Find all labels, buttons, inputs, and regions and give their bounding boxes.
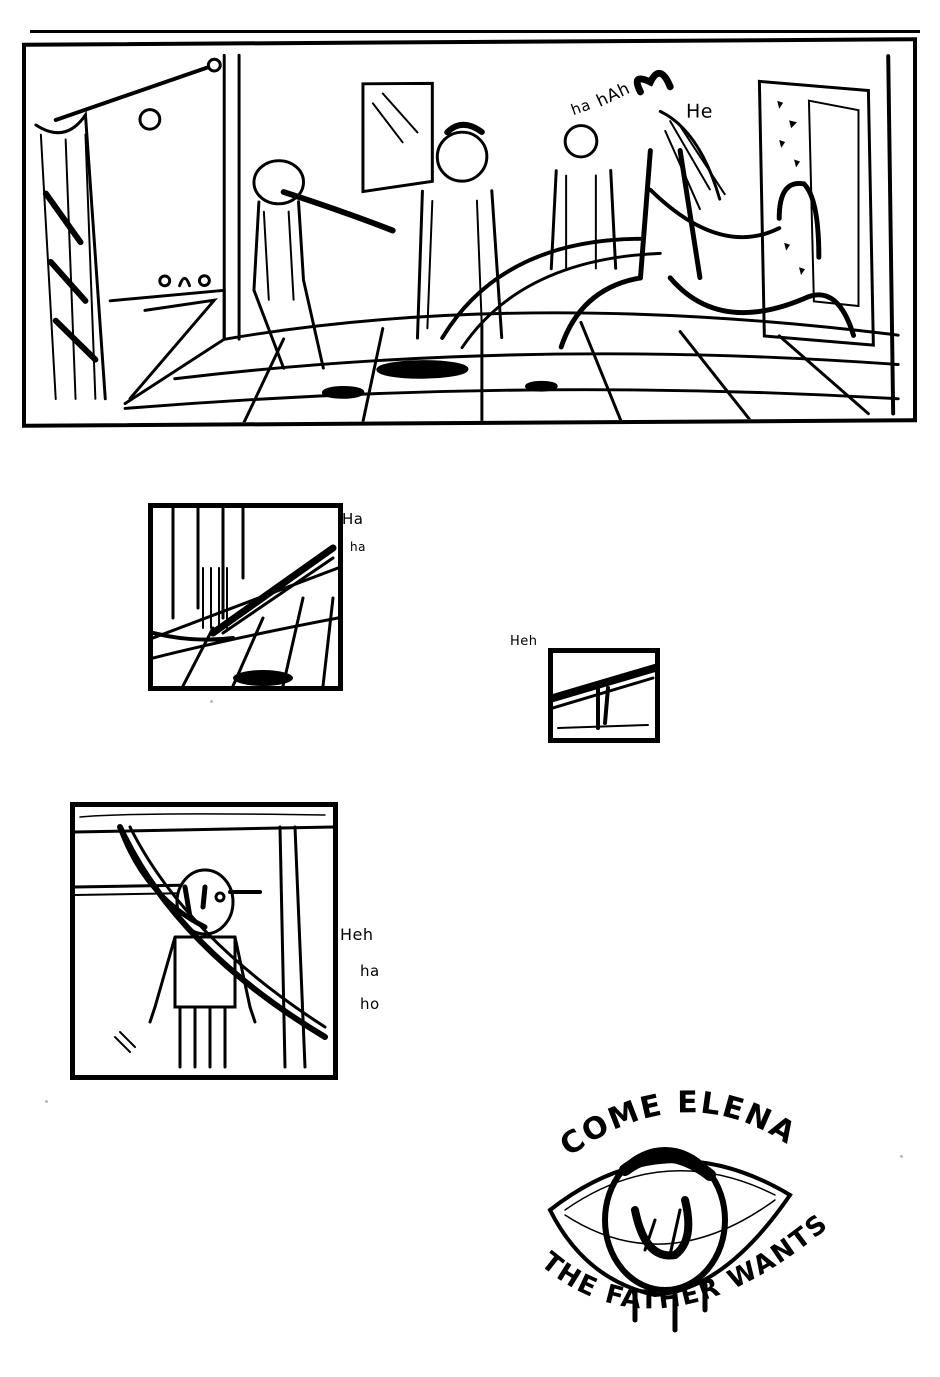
tentacle-strike-illustration [553,653,655,738]
paper-speck [210,700,213,703]
floor-closeup-illustration [153,508,338,686]
eye-emblem-illustration: COME ELENA THE FATHER WANTS YOU [525,1080,845,1370]
hanging-figure-illustration [75,807,333,1075]
comic-panel-floor-closeup [148,503,343,691]
sfx-ho: ho [360,995,380,1013]
comic-panel-tentacle-strike [548,648,660,743]
comic-panel-bathroom-scene: ha hAh He [22,37,917,427]
paper-speck [900,1155,903,1158]
bathroom-scene-illustration [26,41,913,423]
sfx-heh-2: Heh [340,925,374,944]
sfx-ha-1: Ha [342,510,363,528]
sfx-heh: Heh [510,634,538,649]
sfx-ha-2: ha [350,540,366,554]
paper-speck [45,1100,48,1103]
sfx-he: He [686,101,713,123]
come-elena-emblem: COME ELENA THE FATHER WANTS YOU [525,1080,845,1370]
comic-panel-hanging-figure [70,802,338,1080]
sfx-ha-3: ha [360,962,380,980]
panel-top-border [30,30,920,33]
